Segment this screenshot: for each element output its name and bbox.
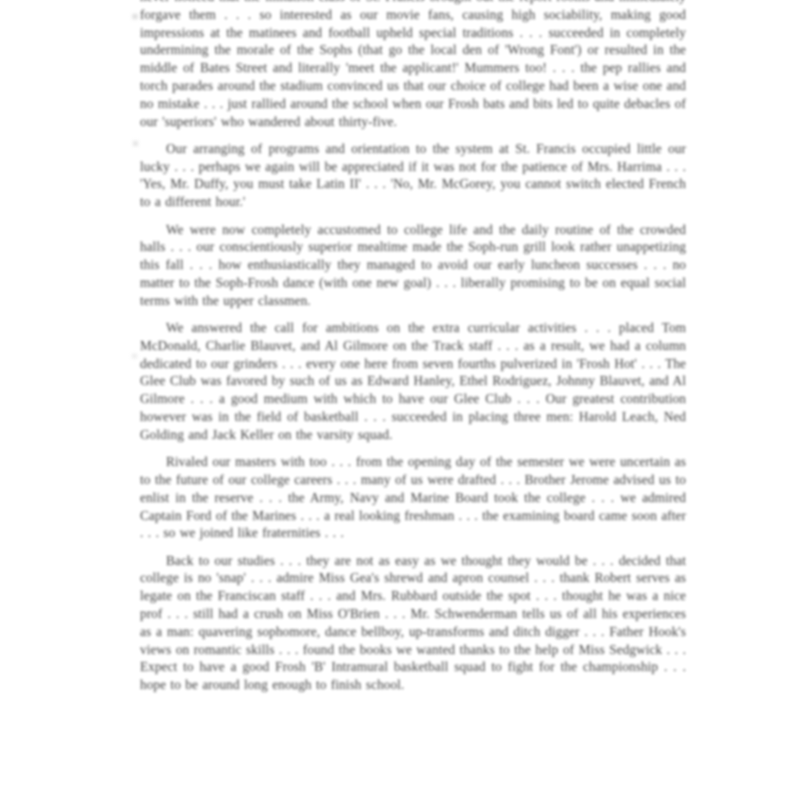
paragraph: Our arranging of programs and orientatio…: [140, 140, 686, 211]
page-background: never noticed that the imitation class o…: [0, 0, 800, 800]
scan-speck: [133, 15, 137, 18]
paragraph: Rivaled our masters with too . . . from …: [140, 453, 686, 542]
paragraph: We were now completely accustomed to col…: [140, 221, 686, 310]
paragraph: We answered the call for ambitions on th…: [140, 319, 686, 444]
paragraph-continuation: never noticed that the imitation class o…: [140, 0, 686, 130]
scan-speck: [133, 355, 136, 357]
scanned-document-page: never noticed that the imitation class o…: [140, 0, 686, 703]
paragraph: Back to our studies . . . they are not a…: [140, 552, 686, 694]
scan-speck: [134, 142, 137, 145]
